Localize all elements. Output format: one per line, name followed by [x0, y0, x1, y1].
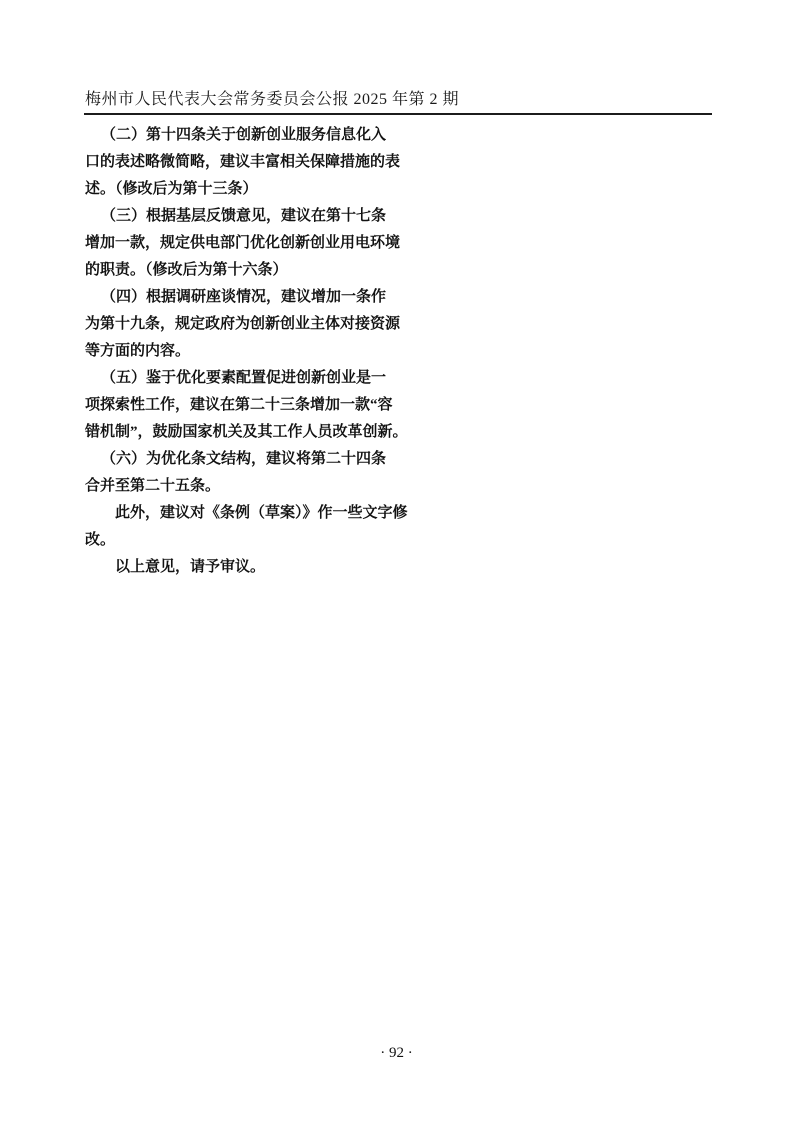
text-line: 为第十九条，规定政府为创新创业主体对接资源	[85, 311, 425, 338]
text-line: （二）第十四条关于创新创业服务信息化入	[85, 122, 425, 149]
running-header-text: 梅州市人民代表大会常务委员会公报 2025 年第 2 期	[85, 91, 459, 108]
header-rule	[84, 113, 712, 115]
paragraph: （三）根据基层反馈意见，建议在第十七条增加一款，规定供电部门优化创新创业用电环境…	[85, 203, 425, 284]
text-line: 以上意见，请予审议。	[85, 554, 425, 581]
text-line: （三）根据基层反馈意见，建议在第十七条	[85, 203, 425, 230]
text-line: 合并至第二十五条。	[85, 473, 425, 500]
article-body: （二）第十四条关于创新创业服务信息化入口的表述略微简略，建议丰富相关保障措施的表…	[85, 122, 425, 581]
text-line: 的职责。（修改后为第十六条）	[85, 257, 425, 284]
paragraph: 此外，建议对《条例（草案）》作一些文字修改。	[85, 500, 425, 554]
paragraph: （六）为优化条文结构，建议将第二十四条合并至第二十五条。	[85, 446, 425, 500]
text-line: 此外，建议对《条例（草案）》作一些文字修	[85, 500, 425, 527]
text-line: （五）鉴于优化要素配置促进创新创业是一	[85, 365, 425, 392]
text-line: 述。（修改后为第十三条）	[85, 176, 425, 203]
text-line: （四）根据调研座谈情况，建议增加一条作	[85, 284, 425, 311]
page-number: · 92 ·	[380, 1045, 413, 1061]
text-line: 等方面的内容。	[85, 338, 425, 365]
paragraph: （二）第十四条关于创新创业服务信息化入口的表述略微简略，建议丰富相关保障措施的表…	[85, 122, 425, 203]
paragraph: （五）鉴于优化要素配置促进创新创业是一项探索性工作，建议在第二十三条增加一款“容…	[85, 365, 425, 446]
text-line: （六）为优化条文结构，建议将第二十四条	[85, 446, 425, 473]
text-line: 错机制”，鼓励国家机关及其工作人员改革创新。	[85, 419, 425, 446]
paragraph: 以上意见，请予审议。	[85, 554, 425, 581]
text-line: 口的表述略微简略，建议丰富相关保障措施的表	[85, 149, 425, 176]
text-line: 项探索性工作，建议在第二十三条增加一款“容	[85, 392, 425, 419]
text-line: 改。	[85, 527, 425, 554]
text-line: 增加一款，规定供电部门优化创新创业用电环境	[85, 230, 425, 257]
paragraph: （四）根据调研座谈情况，建议增加一条作为第十九条，规定政府为创新创业主体对接资源…	[85, 284, 425, 365]
document-page: 梅州市人民代表大会常务委员会公报 2025 年第 2 期 （二）第十四条关于创新…	[0, 0, 793, 1122]
page-footer: · 92 ·	[0, 1043, 793, 1063]
running-header: 梅州市人民代表大会常务委员会公报 2025 年第 2 期	[85, 90, 459, 110]
